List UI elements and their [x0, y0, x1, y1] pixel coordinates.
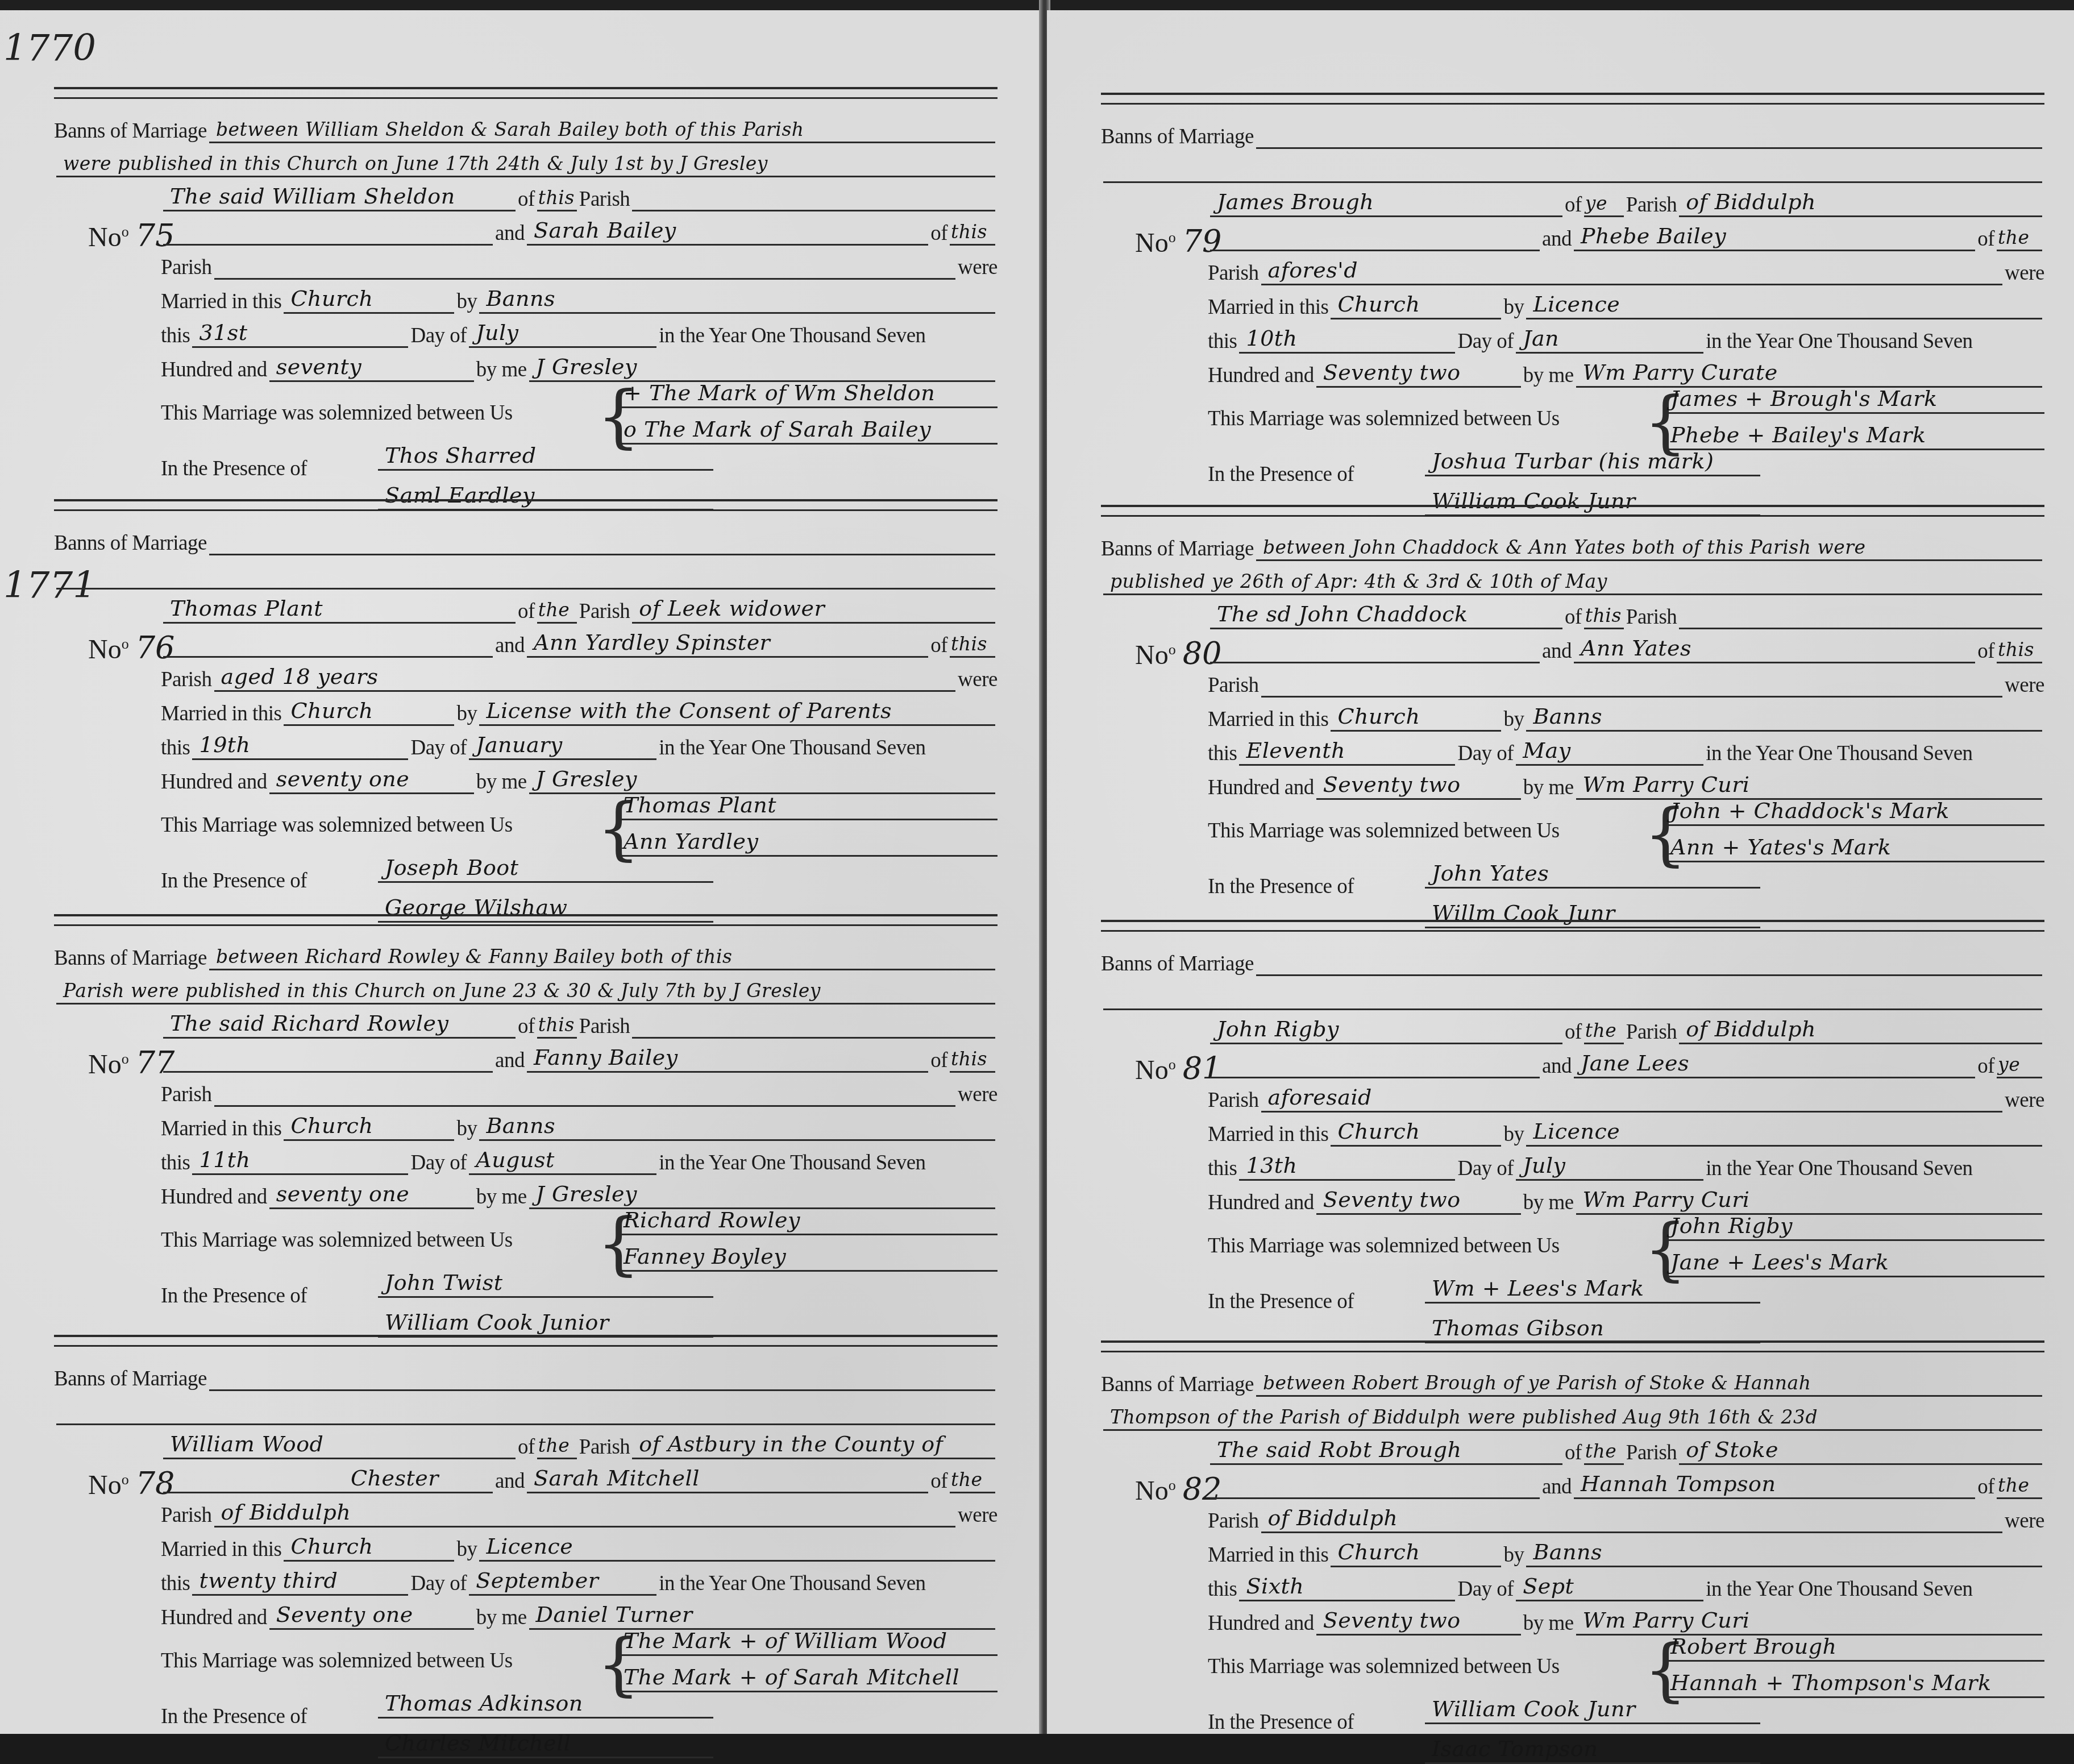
bride-name: Sarah Mitchell	[534, 1466, 700, 1491]
parish-label: Parish	[161, 1503, 212, 1528]
bride-name: Ann Yardley Spinster	[534, 630, 770, 655]
witness-1-text: Joshua Turbar (his mark)	[1432, 449, 1714, 474]
witness-1: Joseph Boot	[378, 852, 713, 883]
signature-1-text: Thomas Plant	[624, 792, 776, 817]
place-fill: Church	[284, 699, 454, 726]
of-label: of	[1565, 1020, 1582, 1044]
bride-of-fill: this	[950, 631, 995, 658]
banns-fill-2	[1103, 983, 2042, 1010]
parish-extra-fill: aged 18 years	[214, 665, 956, 692]
year-phrase-label: in the Year One Thousand Seven	[1706, 1156, 1972, 1181]
solemnized-label: This Marriage was solemnized between Us	[1208, 1654, 1560, 1679]
by-value: Banns	[1533, 704, 1602, 729]
parish-line: Parish aforesaid were	[1208, 1086, 2044, 1113]
groom-parish: of Leek widower	[639, 596, 825, 621]
groom-parish-fill: of Astbury in the County of	[632, 1433, 995, 1459]
month-value: July	[476, 320, 518, 345]
of-label: of	[1977, 1054, 1994, 1078]
bride-of-value: the	[1998, 226, 2030, 248]
witness-2: Charles Mitchell	[378, 1727, 713, 1734]
groom-of-fill: the	[537, 1433, 577, 1459]
by-fill: Licence	[1526, 293, 2042, 319]
of-label: of	[518, 1014, 535, 1039]
year-phrase-label: in the Year One Thousand Seven	[659, 736, 925, 760]
bride-of-value: ye	[1998, 1053, 2020, 1076]
year-phrase-label: in the Year One Thousand Seven	[659, 323, 925, 348]
banns-label: Banns of Marriage	[54, 946, 207, 970]
day-fill: 11th	[192, 1148, 408, 1175]
by-me-label: by me	[1523, 1611, 1574, 1636]
groom-fill: James Brough	[1210, 190, 1562, 217]
day-of-label: Day of	[1457, 1577, 1514, 1601]
year-words-fill: Seventy one	[269, 1603, 474, 1630]
banns-fill-1: between William Sheldon & Sarah Bailey b…	[209, 117, 995, 143]
banns-text-1: between Richard Rowley & Fanny Bailey bo…	[216, 945, 732, 968]
witness-1-text: John Twist	[385, 1270, 503, 1295]
bride-line: and Fanny Bailey of this	[161, 1046, 997, 1073]
married-in-label: Married in this	[161, 289, 281, 314]
bride-fill: Phebe Bailey	[1574, 225, 1975, 251]
place-value: Church	[1337, 704, 1420, 729]
groom-parish: of Biddulph	[1686, 1016, 1816, 1041]
by-fill: License with the Consent of Parents	[479, 699, 995, 726]
by-fill: Banns	[1526, 1541, 2042, 1567]
this-label: this	[1208, 1156, 1237, 1181]
presence-label: In the Presence of	[1208, 1710, 1354, 1734]
presence-label: In the Presence of	[1208, 874, 1354, 899]
day-value: 31st	[199, 320, 247, 345]
bride-of-fill: the	[1997, 1472, 2042, 1499]
by-me-label: by me	[476, 1605, 527, 1630]
entry-divider	[54, 914, 997, 926]
day-of-label: Day of	[1457, 1156, 1514, 1181]
groom-fill: The said Robt Brough	[1210, 1438, 1562, 1465]
of-label: of	[1977, 227, 1994, 251]
groom-parish-fill: of Biddulph	[1679, 1018, 2042, 1044]
officiant-value: Wm Parry Curi	[1583, 1608, 1750, 1633]
married-in-label: Married in this	[1208, 1543, 1328, 1567]
signature-2-text: Phebe + Bailey's Mark	[1670, 422, 1926, 447]
by-label: by	[456, 289, 477, 314]
bride-of-fill: ye	[1997, 1052, 2042, 1078]
groom-cont-fill	[163, 1046, 493, 1073]
were-label: were	[958, 667, 997, 692]
witness-2-text: Thomas Gibson	[1432, 1315, 1604, 1340]
hundred-and-label: Hundred and	[161, 1185, 267, 1209]
banns-line-2: were published in this Church on June 17…	[54, 151, 997, 177]
groom-line: Thomas Plant of the Parish of Leek widow…	[161, 597, 997, 624]
signature-1-text: Richard Rowley	[624, 1207, 800, 1232]
witness-2-text: Charles Mitchell	[385, 1730, 571, 1734]
married-line: Married in this Church by Banns	[161, 1114, 997, 1141]
by-fill: Licence	[479, 1535, 995, 1562]
by-value: Licence	[1533, 1119, 1620, 1144]
presence-label: In the Presence of	[161, 456, 307, 481]
this-label: this	[1208, 329, 1237, 354]
presence-line: In the Presence of	[1208, 1289, 1354, 1314]
were-label: were	[2005, 1088, 2044, 1113]
solemnized-line: This Marriage was solemnized between Us	[161, 1228, 513, 1252]
parish-line: Parish were	[161, 1080, 997, 1107]
presence-line: In the Presence of	[161, 869, 307, 893]
date-line: this 11th Day of August in the Year One …	[161, 1148, 997, 1175]
officiant-value: Daniel Turner	[536, 1602, 693, 1627]
bride-line: Chester and Sarah Mitchell of the	[161, 1467, 997, 1493]
signature-1-text: Robert Brough	[1670, 1634, 1837, 1659]
entry-number-prefix: No	[88, 634, 122, 665]
and-label: and	[495, 221, 525, 246]
banns-line-2	[54, 563, 997, 590]
groom-cont-fill	[1210, 1052, 1540, 1078]
by-label: by	[1503, 1122, 1524, 1147]
by-me-label: by me	[476, 1185, 527, 1209]
by-value: Banns	[486, 286, 555, 311]
day-value: 11th	[199, 1147, 250, 1172]
witness-1-text: John Yates	[1432, 861, 1549, 886]
banns-fill-2: published ye 26th of Apr: 4th & 3rd & 10…	[1103, 568, 2042, 595]
signature-1: John + Chaddock's Mark	[1664, 795, 2044, 826]
of-label: of	[930, 633, 947, 658]
day-fill: 19th	[192, 733, 408, 760]
married-line: Married in this Church by Licence	[1208, 293, 2044, 319]
parish-label: Parish	[1208, 673, 1259, 698]
solemnized-line: This Marriage was solemnized between Us	[161, 813, 513, 837]
entry-number-prefix: No	[1135, 1055, 1169, 1085]
officiant-value: J Gresley	[536, 1181, 637, 1206]
parish-label: Parish	[1208, 261, 1259, 285]
presence-line: In the Presence of	[1208, 1710, 1354, 1734]
groom-line: James Brough of ye Parish of Biddulph	[1208, 190, 2044, 217]
month-value: Sept	[1523, 1574, 1574, 1599]
of-label: of	[518, 187, 535, 211]
signature-2-text: Fanney Boyley	[624, 1244, 786, 1269]
bride-of-value: the	[951, 1468, 983, 1491]
date-line: this 10th Day of Jan in the Year One Tho…	[1208, 327, 2044, 354]
witness-2-text: William Cook Junior	[385, 1310, 609, 1335]
parish-extra: aged 18 years	[221, 664, 379, 689]
married-in-label: Married in this	[1208, 707, 1328, 732]
by-me-label: by me	[476, 770, 527, 794]
bride-fill: Ann Yates	[1574, 637, 1975, 663]
bride-line: and Phebe Bailey of the	[1208, 225, 2044, 251]
solemnized-label: This Marriage was solemnized between Us	[161, 1228, 513, 1252]
solemnized-line: This Marriage was solemnized between Us	[161, 1649, 513, 1673]
officiant-value: Wm Parry Curi	[1583, 772, 1750, 797]
groom-of-value: the	[538, 599, 570, 621]
parish-extra: afores'd	[1268, 258, 1358, 283]
presence-label: In the Presence of	[161, 1284, 307, 1308]
month-value: May	[1523, 738, 1571, 763]
year-words-fill: Seventy two	[1316, 361, 1521, 388]
bride-name: Fanny Bailey	[534, 1045, 678, 1070]
parish-label: Parish	[579, 1014, 630, 1039]
banns-fill-2: were published in this Church on June 17…	[56, 151, 995, 177]
groom-of-value: the	[1585, 1019, 1617, 1041]
place-value: Church	[290, 1113, 373, 1138]
presence-line: In the Presence of	[1208, 462, 1354, 487]
entry-divider	[1101, 93, 2044, 105]
bride-of-fill: the	[1997, 225, 2042, 251]
banns-line-2: Parish were published in this Church on …	[54, 978, 997, 1005]
bride-fill: Sarah Mitchell	[527, 1467, 928, 1493]
year-words-fill: Seventy two	[1316, 773, 1521, 800]
presence-line: In the Presence of	[1208, 874, 1354, 899]
groom-of-fill: this	[537, 185, 577, 211]
of-label: of	[518, 1435, 535, 1459]
groom-fill: William Wood	[163, 1433, 516, 1459]
date-line: this Eleventh Day of May in the Year One…	[1208, 739, 2044, 766]
signature-1-text: John Rigby	[1670, 1213, 1793, 1238]
place-value: Church	[290, 1534, 373, 1559]
witness-2: Thomas Gibson	[1425, 1312, 1760, 1343]
signature-1-text: + The Mark of Wm Sheldon	[624, 380, 935, 405]
groom-line: The sd John Chaddock of this Parish	[1208, 603, 2044, 629]
parish-line: Parish afores'd were	[1208, 259, 2044, 285]
place-value: Church	[290, 286, 373, 311]
witness-1: Wm + Lees's Mark	[1425, 1272, 1760, 1304]
bride-name: Ann Yates	[1581, 636, 1691, 661]
presence-label: In the Presence of	[1208, 462, 1354, 487]
banns-fill-2	[1103, 156, 2042, 183]
parish-extra-fill	[214, 1080, 956, 1107]
officiant-value: J Gresley	[536, 354, 637, 379]
year-phrase-label: in the Year One Thousand Seven	[1706, 741, 1972, 766]
day-fill: Sixth	[1239, 1575, 1455, 1601]
month-value: Jan	[1523, 326, 1559, 351]
day-value: twenty third	[199, 1568, 338, 1593]
and-label: and	[495, 633, 525, 658]
groom-parish: of Astbury in the County of	[639, 1431, 943, 1456]
groom-name: The said William Sheldon	[170, 184, 455, 209]
witness-1-text: Thos Sharred	[385, 443, 537, 468]
month-fill: August	[469, 1148, 656, 1175]
signature-1: Robert Brough	[1664, 1630, 2044, 1662]
parish-label: Parish	[579, 187, 630, 211]
register-spread: 1770 1771 Banns of Marriage between Will…	[0, 0, 2074, 1734]
by-fill: Licence	[1526, 1120, 2042, 1147]
date-line: this 31st Day of July in the Year One Th…	[161, 321, 997, 348]
date-line: this twenty third Day of September in th…	[161, 1569, 997, 1596]
parish-extra-fill: aforesaid	[1261, 1086, 2003, 1113]
married-line: Married in this Church by License with t…	[161, 699, 997, 726]
witness-2: William Cook Junior	[378, 1306, 713, 1338]
by-value: Licence	[486, 1534, 573, 1559]
married-in-label: Married in this	[1208, 1122, 1328, 1147]
this-label: this	[161, 323, 190, 348]
groom-parish: of Biddulph	[1686, 189, 1816, 214]
signature-1: James + Brough's Mark	[1664, 383, 2044, 414]
signature-2-text: Ann + Yates's Mark	[1670, 835, 1891, 860]
month-fill: January	[469, 733, 656, 760]
year-phrase-label: in the Year One Thousand Seven	[1706, 329, 1972, 354]
place-value: Church	[1337, 1539, 1420, 1564]
witness-1-text: Wm + Lees's Mark	[1432, 1276, 1644, 1301]
day-of-label: Day of	[410, 736, 467, 760]
by-fill: Banns	[479, 287, 995, 314]
year-words-fill: seventy	[269, 355, 474, 382]
groom-line: John Rigby of the Parish of Biddulph	[1208, 1018, 2044, 1044]
presence-line: In the Presence of	[161, 456, 307, 481]
place-fill: Church	[1331, 293, 1501, 319]
witness-1-text: Thomas Adkinson	[385, 1691, 583, 1716]
by-label: by	[1503, 707, 1524, 732]
by-value: Banns	[486, 1113, 555, 1138]
year-phrase-label: in the Year One Thousand Seven	[659, 1151, 925, 1175]
place-value: Church	[290, 698, 373, 723]
banns-fill-1	[1256, 122, 2042, 149]
this-label: this	[1208, 1577, 1237, 1601]
parish-extra-fill: of Biddulph	[1261, 1506, 2003, 1533]
groom-line: The said William Sheldon of this Parish	[161, 185, 997, 211]
parish-label: Parish	[161, 1082, 212, 1107]
banns-line-1: Banns of Marriage	[54, 1364, 997, 1391]
bride-of-value: this	[951, 633, 987, 655]
bride-of-fill: this	[950, 219, 995, 246]
day-of-label: Day of	[410, 1571, 467, 1596]
banns-line-2: published ye 26th of Apr: 4th & 3rd & 10…	[1101, 568, 2044, 595]
groom-name: William Wood	[170, 1431, 323, 1456]
hundred-and-label: Hundred and	[1208, 363, 1314, 388]
parish-label: Parish	[579, 599, 630, 624]
groom-name: John Rigby	[1217, 1016, 1339, 1041]
month-value: September	[476, 1568, 598, 1593]
banns-text-2: Parish were published in this Church on …	[63, 979, 821, 1002]
entry-divider	[1101, 1340, 2044, 1352]
book-top-edge	[0, 0, 2074, 11]
solemnized-line: This Marriage was solemnized between Us	[1208, 819, 1560, 843]
by-label: by	[456, 1537, 477, 1562]
parish-line: Parish were	[1208, 671, 2044, 698]
bride-name: Phebe Bailey	[1581, 223, 1726, 248]
solemnized-label: This Marriage was solemnized between Us	[161, 813, 513, 837]
month-value: January	[476, 732, 563, 757]
banns-line-2: Thompson of the Parish of Biddulph were …	[1101, 1404, 2044, 1431]
groom-fill: John Rigby	[1210, 1018, 1562, 1044]
banns-fill-1	[209, 1364, 995, 1391]
of-label: of	[1565, 1441, 1582, 1465]
hundred-and-label: Hundred and	[1208, 775, 1314, 800]
entry-divider	[54, 499, 997, 511]
officiant-value: Wm Parry Curi	[1583, 1187, 1750, 1212]
hundred-and-label: Hundred and	[1208, 1190, 1314, 1215]
groom-of-value: ye	[1585, 192, 1607, 214]
banns-line-1: Banns of Marriage	[1101, 122, 2044, 149]
presence-label: In the Presence of	[1208, 1289, 1354, 1314]
bride-name: Sarah Bailey	[534, 218, 676, 243]
place-fill: Church	[284, 1114, 454, 1141]
month-fill: September	[469, 1569, 656, 1596]
month-value: July	[1523, 1153, 1565, 1178]
married-line: Married in this Church by Licence	[161, 1535, 997, 1562]
banns-label: Banns of Marriage	[54, 119, 207, 143]
groom-name: The sd John Chaddock	[1217, 601, 1468, 626]
banns-line-1: Banns of Marriage between John Chaddock …	[1101, 534, 2044, 561]
place-fill: Church	[1331, 705, 1501, 732]
parish-extra: of Biddulph	[221, 1500, 351, 1525]
entry-number-prefix: No	[88, 222, 122, 252]
groom-name: Thomas Plant	[170, 596, 323, 621]
date-line: this Sixth Day of Sept in the Year One T…	[1208, 1575, 2044, 1601]
of-label: of	[518, 599, 535, 624]
groom-fill: The said Richard Rowley	[163, 1012, 516, 1039]
groom-of-value: the	[1585, 1440, 1617, 1462]
groom-of-fill: the	[537, 597, 577, 624]
and-label: and	[495, 1469, 525, 1493]
solemnized-label: This Marriage was solemnized between Us	[161, 1649, 513, 1673]
groom-parish-cont: Chester	[351, 1466, 439, 1491]
by-value: Banns	[1533, 1539, 1602, 1564]
groom-line: The said Robt Brough of the Parish of St…	[1208, 1438, 2044, 1465]
place-fill: Church	[1331, 1120, 1501, 1147]
solemnized-label: This Marriage was solemnized between Us	[161, 401, 513, 425]
groom-name: James Brough	[1217, 189, 1374, 214]
solemnized-line: This Marriage was solemnized between Us	[1208, 406, 1560, 431]
bride-of-fill: the	[950, 1467, 995, 1493]
banns-text-2: Thompson of the Parish of Biddulph were …	[1110, 1406, 1818, 1428]
witness-1: John Twist	[378, 1267, 713, 1298]
signature-2-text: The Mark + of Sarah Mitchell	[624, 1665, 959, 1690]
groom-parish-fill: of Leek widower	[632, 597, 995, 624]
groom-of-value: this	[538, 186, 575, 209]
bride-of-value: the	[1998, 1474, 2030, 1496]
were-label: were	[2005, 673, 2044, 698]
date-line: this 19th Day of January in the Year One…	[161, 733, 997, 760]
hundred-and-label: Hundred and	[161, 770, 267, 794]
married-line: Married in this Church by Licence	[1208, 1120, 2044, 1147]
bride-of-value: this	[1998, 638, 2034, 661]
presence-line: In the Presence of	[161, 1284, 307, 1308]
by-label: by	[456, 702, 477, 726]
this-label: this	[161, 1151, 190, 1175]
day-of-label: Day of	[1457, 741, 1514, 766]
parish-line: Parish were	[161, 253, 997, 280]
banns-fill-2: Parish were published in this Church on …	[56, 978, 995, 1005]
banns-fill-1: between John Chaddock & Ann Yates both o…	[1256, 534, 2042, 561]
groom-parish-fill: of Biddulph	[1679, 190, 2042, 217]
married-line: Married in this Church by Banns	[161, 287, 997, 314]
entry-number-prefix: No	[88, 1049, 122, 1080]
groom-fill: Thomas Plant	[163, 597, 516, 624]
bride-line: and Ann Yardley Spinster of this	[161, 631, 997, 658]
month-fill: May	[1516, 739, 1703, 766]
month-fill: Sept	[1516, 1575, 1703, 1601]
by-me-label: by me	[476, 358, 527, 382]
banns-fill-1	[1256, 949, 2042, 976]
parish-label: Parish	[1626, 193, 1677, 217]
groom-parish-fill	[632, 185, 995, 211]
of-label: of	[930, 221, 947, 246]
parish-label: Parish	[1626, 1441, 1677, 1465]
presence-line: In the Presence of	[161, 1704, 307, 1729]
banns-label: Banns of Marriage	[54, 1367, 207, 1391]
bride-fill: Sarah Bailey	[527, 219, 928, 246]
bride-fill: Fanny Bailey	[527, 1046, 928, 1073]
groom-line: The said Richard Rowley of this Parish	[161, 1012, 997, 1039]
year-words-value: seventy one	[276, 1181, 410, 1206]
by-me-label: by me	[1523, 363, 1574, 388]
parish-line: Parish aged 18 years were	[161, 665, 997, 692]
year-words-fill: seventy one	[269, 1182, 474, 1209]
groom-cont-fill	[1210, 1472, 1540, 1499]
married-in-label: Married in this	[161, 1537, 281, 1562]
year-words-value: Seventy one	[276, 1602, 413, 1627]
banns-line-1: Banns of Marriage between Richard Rowley…	[54, 944, 997, 970]
officiant-value: J Gresley	[536, 766, 637, 791]
place-fill: Church	[1331, 1541, 1501, 1567]
year-words-value: seventy	[276, 354, 362, 379]
and-label: and	[1542, 227, 1572, 251]
groom-of-fill: the	[1584, 1438, 1624, 1465]
